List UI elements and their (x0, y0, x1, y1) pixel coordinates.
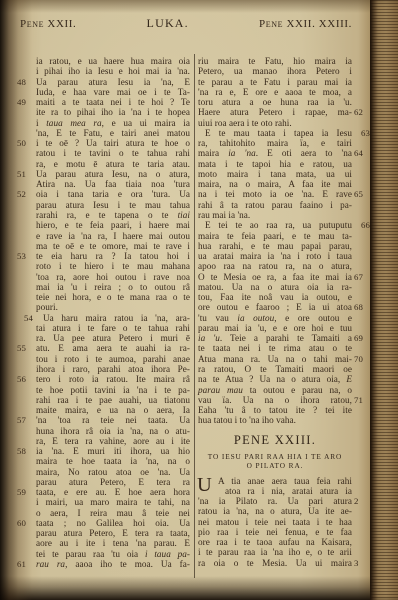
text-segment: Ua parau atura Iesu ia 'na, E (36, 77, 190, 87)
text-line: 2'na ia Pilato ra. Ua pari atura (198, 496, 352, 506)
text-segment: Eaha 'tu â to tatou ite ? tei ite (198, 405, 352, 415)
text-segment: tou i roto i te aumoa, parahi anae (36, 354, 190, 364)
text-line: 56tero i roto ia ratou. Ite maira râ (36, 374, 190, 384)
text-segment: maira te feia paari, e te mau ta- (198, 231, 352, 241)
text-line: Atira na. Ua faa tiaia noa 'tura (36, 179, 190, 189)
text-segment: ra, tahitohito maira ïa, e tairi (198, 138, 352, 148)
text-line: ra ratou, O te Tamaiti maori oe (198, 364, 352, 374)
verse-number: 56 (17, 374, 34, 385)
text-segment: te taata nei i te rima atau o te (198, 343, 352, 353)
text-segment: ratou i te tavini o te tahua rahi (36, 148, 190, 158)
text-line: ra, e motu ē atura te taria atau. (36, 159, 190, 169)
text-segment: tai atura i te fare o te tahua rahi (36, 323, 190, 333)
text-line: 48Ua parau atura Iesu ia 'na, E (36, 77, 190, 87)
text-line: 57'na 'toa ra teie nei taata. Ua (36, 415, 190, 425)
text-segment: 'na 'toa ra teie nei taata. Ua (36, 415, 190, 425)
text-line: 58ia 'na. E muri iti ihora, ua hio (36, 446, 190, 456)
text-line: parau atura Iesu i te mau tahua (36, 200, 190, 210)
column-divider (194, 54, 195, 578)
text-segment: maira te hoe taata ia 'na, na o (36, 456, 190, 466)
chapter-subtitle: TO IESU PARI RAA HIA I TE ARO (198, 452, 352, 462)
page-paper: Pene XXII. LUKA. Pene XXII. XXIII. ia ra… (0, 0, 372, 600)
text-line: parau atura Petero, E tera ra (36, 477, 190, 487)
verse-number: 55 (17, 343, 34, 354)
verse-number: 52 (17, 189, 34, 200)
text-segment: ratou ia 'na, na o atura, Ua ite ae- (198, 506, 352, 516)
verse-number: 59 (17, 487, 34, 498)
text-segment: i (36, 118, 46, 128)
text-segment: ra, e motu ē atura te taria atau. (36, 159, 190, 169)
text-line: pio raa i teie nei fenua, e te faa (198, 527, 352, 537)
text-line: huna ihora râ oia ia 'na, na o atu- (36, 426, 190, 436)
book-page-photo: Pene XXII. LUKA. Pene XXII. XXIII. ia ra… (0, 0, 398, 600)
text-segment: i pihai iho ia Iesu e hoi mai ia 'na. (36, 66, 190, 76)
text-segment: pouri. (36, 302, 58, 312)
text-segment: ia ratou, e ua haere hua maira oia (36, 56, 190, 66)
text-line: 61rau ra, aaoa iho te moa. Ua fa- (36, 559, 190, 569)
text-line: rau mai ia 'na. (198, 210, 352, 220)
text-segment: moto maira i tana mata, ua ui (198, 169, 352, 179)
text-segment: ma te oē e te omore, mai te rave i (36, 241, 190, 251)
text-segment: taata, e ere au. E hoe aera hora (36, 487, 190, 497)
text-line: ihora i raro, parahi atoa ihora Pe- (36, 364, 190, 374)
text-segment: 'na, E te Fatu, e tairi anei matou (36, 128, 190, 138)
verse-number: 57 (17, 415, 34, 426)
verse-number: 48 (17, 77, 34, 88)
text-segment: riu maira te Fatu, hio maira ia (198, 56, 352, 66)
text-segment: rau ra (36, 559, 65, 569)
text-segment: maira (198, 148, 228, 158)
text-line: apoo raa na ratou ra, na o atura, (198, 261, 352, 271)
text-line: rahi â ta ratou parau faaino i pa- (198, 200, 352, 210)
text-segment: Atua mana ra. Ua na o tahi mai- (198, 354, 352, 364)
text-line: 49maiti a te taata nei i te hoi ? Te (36, 97, 190, 107)
text-segment: e rave ia 'na ra, I haere mai outou (36, 231, 190, 241)
text-segment: 'tu vau (198, 313, 237, 323)
text-line: 52oia i tana taria e ora 'tura. Ua (36, 189, 190, 199)
verse-number: 51 (17, 169, 34, 180)
text-line: parau atura Petero, E tera ra taata, (36, 528, 190, 538)
text-segment: , e ore outou e (274, 313, 352, 323)
text-line: 'tu vau ia outou, e ore outou e (198, 313, 352, 323)
text-segment: tero i roto ia ratou. Ite maira râ (36, 374, 190, 384)
text-line: i pihai iho ia Iesu e hoi mai ia 'na. (36, 66, 190, 76)
text-line: 50i te oē ? Ua tairi atura te hoe o (36, 138, 190, 148)
text-segment: ra, E tera ra vahine, aore au i ite (36, 436, 190, 446)
text-line: te hoe potii tavini ia 'na i te pa- (36, 385, 190, 395)
running-head-right: Pene XXII. XXIII. (259, 18, 352, 30)
text-line: 'na ra e, E ore e aaoa te moa, a (198, 87, 352, 97)
text-line: Eaha 'tu â to tatou ite ? tei ite (198, 405, 352, 415)
text-segment: Atira na. Ua faa tiaia noa 'tura (36, 179, 190, 189)
text-segment: atu. E ama aera te auahi ia ra- (36, 343, 190, 353)
text-line: na te Atua ? Ua na o atura oia, E (198, 374, 352, 384)
text-segment: Ua parau atura Iesu, na o atura, (36, 169, 190, 179)
verse-number: 53 (17, 251, 34, 262)
text-line: Petero, ua manao ihora Petero i (198, 66, 352, 76)
text-segment: parau atura Petero, E tera ra (36, 477, 190, 487)
text-segment: taata ; no Galilea hoi oia. Ua (36, 518, 190, 528)
text-line: maira, na o maira, A faa ite mai (198, 179, 352, 189)
text-segment: , aaoa iho te moa. Ua fa- (65, 559, 190, 569)
text-segment: parau mai ia 'u, e e ore hoi e tuu (198, 323, 352, 333)
text-segment: i mairi, ua maro maira te tahi, na (36, 497, 190, 507)
text-line: UA tia anae aera taua feia rahi (198, 476, 352, 486)
text-segment: tiai (178, 210, 190, 220)
text-segment: roto i te hiero i te mau mahana (36, 261, 190, 271)
text-segment: te hoe potii tavini ia 'na i te pa- (36, 385, 190, 395)
text-segment: mata i te tapoi hia e ratou, ua (198, 159, 352, 169)
text-segment: na i tei moto ia oe 'na. E rave (198, 189, 352, 199)
text-line: parau mai ia 'u, e e ore hoi e tuu (198, 323, 352, 333)
text-line: aore au i ite i tena 'na parau. E (36, 538, 190, 548)
text-segment: ia 'na. E muri iti ihora, ua hio (36, 446, 190, 456)
page-header: Pene XXII. LUKA. Pene XXII. XXIII. (20, 16, 352, 31)
text-segment: ta outou e parau na, o (243, 385, 352, 395)
text-segment: teie nei hora, e o te mana raa o te (36, 292, 190, 302)
text-segment: pio raa i teie nei fenua, e te faa (198, 527, 352, 537)
text-line: riu maira te Fatu, hio maira ia (198, 56, 352, 66)
text-segment: parau atura Petero, E tera ra taata, (36, 528, 190, 538)
text-line: tou i roto i te aumoa, parahi anae (36, 354, 190, 364)
text-line: ore raa i te taoa aufau na Kaisara, (198, 537, 352, 547)
text-line: 68ore outou e faaroo ; E ia ui atoa (198, 302, 352, 312)
text-segment: ra ratou, O te Tamaiti maori oe (198, 364, 352, 374)
text-segment: maite maira, e ua na o aera, Ia (36, 405, 190, 415)
text-line: te taata nei i te rima atau o te (198, 343, 352, 353)
text-segment: atoa ra i nia, aratai atura ia (225, 486, 352, 496)
text-segment: huna ihora râ oia ia 'na, na o atu- (36, 426, 190, 436)
chapter-heading: PENE XXIII. (198, 432, 352, 448)
verse-number: 58 (17, 446, 34, 457)
text-segment: Ua haru maira ratou ia 'na, ara- (43, 313, 190, 323)
text-segment: matou. Ua na o atura oia ia ra- (198, 282, 352, 292)
text-segment: hiero, e te feia paari, i haere mai (36, 220, 190, 230)
text-segment: 'na ia Pilato ra. Ua pari atura (198, 496, 352, 506)
text-line: roto i te hiero i te mau mahana (36, 261, 190, 271)
text-line: teie nei hora, e o te mana raa o te (36, 292, 190, 302)
text-line: e rave ia 'na ra, I haere mai outou (36, 231, 190, 241)
text-line: 59taata, e ere au. E hoe aera hora (36, 487, 190, 497)
text-segment: apoo raa na ratou ra, na o atura, (198, 261, 352, 271)
text-line: 51Ua parau atura Iesu, na o atura, (36, 169, 190, 179)
text-line: hua tatou i to 'na iho vaha. (198, 415, 352, 425)
text-line: maira, No ratou atoa oe 'na. Ua (36, 467, 190, 477)
text-line: tou, Faa ite noâ vau ia outou, e (198, 292, 352, 302)
text-segment: O te Mesia oe ra, a faa ite mai ia (198, 272, 352, 282)
text-line: nei matou i teie nei taata i te haa (198, 517, 352, 527)
text-segment: E te mau taata i tapea ia Iesu (205, 128, 352, 138)
text-segment: ua aratai maira ia 'na i roto i taua (198, 251, 352, 261)
text-line: mai ia 'u i reira ; o to outou râ (36, 282, 190, 292)
text-segment: mai ia 'u i reira ; o to outou râ (36, 282, 190, 292)
text-line: ite ra to pihai iho ia 'na i te hopea (36, 107, 190, 117)
text-segment: ia outou (237, 313, 274, 323)
text-segment: o aera, I reira mau â teie nei (36, 508, 190, 518)
verse-number: 50 (17, 138, 34, 149)
text-line: hiero, e te feia paari, i haere mai (36, 220, 190, 230)
text-line: o aera, I reira mau â teie nei (36, 508, 190, 518)
running-head-left: Pene XXII. (20, 18, 76, 30)
text-line: tai atura i te fare o te tahua rahi (36, 323, 190, 333)
text-segment: A tia anae aera taua feia rahi (218, 476, 352, 486)
text-line: 65na i tei moto ia oe 'na. E rave (198, 189, 352, 199)
text-segment: maiti a te taata nei i te hoi ? Te (36, 97, 190, 107)
text-line: 70Atua mana ra. Ua na o tahi mai- (198, 354, 352, 364)
text-line: te parau a te Fatu i parau mai ia (198, 77, 352, 87)
text-line: ratou ia 'na, na o atura, Ua ite ae- (198, 506, 352, 516)
text-line: parau mau ta outou e parau na, o (198, 385, 352, 395)
book-title: LUKA. (147, 16, 189, 31)
verse-number: 49 (17, 97, 34, 108)
text-segment: , e ua ui maira ia (102, 118, 190, 128)
text-segment: ite ra to pihai iho ia 'na i te hopea (36, 107, 190, 117)
text-segment: tei te parau raa 'tu oia (36, 549, 145, 559)
text-line: tei te parau raa 'tu oia i taua pa- (36, 549, 190, 559)
text-segment: i taua pa- (145, 549, 190, 559)
verse-number: 60 (17, 518, 34, 529)
text-segment: ra. Ua pee atura Petero i muri ē (36, 333, 190, 343)
text-segment: . Teie a parahi te Tamaiti a (220, 333, 352, 343)
text-segment: taua mea ra (46, 118, 101, 128)
text-line: ra. Ua pee atura Petero i muri ē (36, 333, 190, 343)
text-segment: aore au i ite i tena 'na parau. E (36, 538, 190, 548)
text-line: pouri. (36, 302, 190, 312)
text-segment: parau mau (198, 385, 243, 395)
text-line: 3ra oia o te Mesia. Ua ui maira (198, 558, 352, 568)
text-line: 71vau ïa. Ua na o ihora ratou, (198, 395, 352, 405)
text-line: maira te feia paari, e te mau ta- (198, 231, 352, 241)
text-segment: ia 'u (198, 333, 220, 343)
text-segment: parau atura Iesu i te mau tahua (36, 200, 190, 210)
text-segment: te parau a te Fatu i parau mai ia (198, 77, 352, 87)
text-segment: rarahi ra, e te tapena o te (36, 210, 178, 220)
chapter-subtitle: O PILATO RA. (198, 461, 352, 471)
text-line: rahi raa i te pae auahi, ua tiatonu (36, 395, 190, 405)
text-line: i taua mea ra, e ua ui maira ia (36, 118, 190, 128)
text-segment: na te Atua ? Ua na o atura oia, (198, 374, 346, 384)
text-line: toru atura a oe huna raa ia 'u. (198, 97, 352, 107)
text-line: 54Ua haru maira ratou ia 'na, ara- (36, 313, 190, 323)
text-line: i mairi, ua maro maira te tahi, na (36, 497, 190, 507)
text-segment: . E oti aera to 'na (256, 148, 352, 158)
text-segment: vau ïa. Ua na o ihora ratou, (198, 395, 352, 405)
verse-number: 61 (17, 559, 34, 570)
text-line: uiui roa aera i te oto rahi. (198, 118, 352, 128)
text-segment: uiui roa aera i te oto rahi. (198, 118, 292, 128)
text-line: 69ia 'u. Teie a parahi te Tamaiti a (198, 333, 352, 343)
text-segment: toru atura a oe huna raa ia 'u. (198, 97, 352, 107)
text-segment: hua tatou i to 'na iho vaha. (198, 415, 296, 425)
text-segment: maira, na o maira, A faa ite mai (198, 179, 352, 189)
text-line: ra, tahitohito maira ïa, e tairi (198, 138, 352, 148)
text-segment: oia i tana taria e ora 'tura. Ua (36, 189, 190, 199)
text-line: atoa ra i nia, aratai atura ia (198, 486, 352, 496)
text-segment: maira, No ratou atoa oe 'na. Ua (36, 467, 190, 477)
text-segment: nei matou i teie nei taata i te haa (198, 517, 352, 527)
text-line: 63E te mau taata i tapea ia Iesu (198, 128, 352, 138)
right-column: riu maira te Fatu, hio maira iaPetero, u… (198, 56, 352, 568)
text-line: ra, E tera ra vahine, aore au i ite (36, 436, 190, 446)
text-line: 'na, E te Fatu, e tairi anei matou (36, 128, 190, 138)
text-line: 66E tei te ao raa ra, ua putuputu (198, 220, 352, 230)
text-line: 67O te Mesia oe ra, a faa ite mai ia (198, 272, 352, 282)
text-line: mata i te tapoi hia e ratou, ua (198, 159, 352, 169)
text-line: maira te hoe taata ia 'na, na o (36, 456, 190, 466)
verse-number: 54 (17, 313, 34, 324)
text-segment: Petero, ua manao ihora Petero i (198, 66, 352, 76)
text-line: ma te oē e te omore, mai te rave i (36, 241, 190, 251)
text-line: 62Haere atura Petero i rapae, ma- (198, 107, 352, 117)
text-segment: ore outou e faaroo ; E ia ui atoa (198, 302, 352, 312)
text-line: 'toa ra, aore hoi outou i rave noa (36, 272, 190, 282)
text-segment: ihora i raro, parahi atoa ihora Pe- (36, 364, 190, 374)
text-line: maite maira, e ua na o aera, Ia (36, 405, 190, 415)
text-segment: rahi â ta ratou parau faaino i pa- (198, 200, 352, 210)
text-segment: 'toa ra, aore hoi outou i rave noa (36, 272, 190, 282)
text-segment: te eia haru ra ? Ia tatou hoi i (36, 251, 190, 261)
text-segment: ore raa i te taoa aufau na Kaisara, (198, 537, 352, 547)
text-segment: rahi raa i te pae auahi, ua tiatonu (36, 395, 190, 405)
text-line: 64maira ia 'na. E oti aera to 'na (198, 148, 352, 158)
text-segment: Iuda, e haa vare mai oe i te Ta- (36, 87, 190, 97)
text-line: hua rarahi, e te mau papai parau, (198, 241, 352, 251)
text-line: i te parau raa ia 'na iho e, o te arii (198, 547, 352, 557)
text-line: rarahi ra, e te tapena o te tiai (36, 210, 190, 220)
book-fore-edge (370, 0, 398, 600)
text-segment: ia 'na (228, 148, 256, 158)
text-line: ia ratou, e ua haere hua maira oia (36, 56, 190, 66)
text-segment: i te oē ? Ua tairi atura te hoe o (36, 138, 190, 148)
text-segment: hua rarahi, e te mau papai parau, (198, 241, 352, 251)
left-column: ia ratou, e ua haere hua maira oiai piha… (36, 56, 190, 569)
text-line: 55atu. E ama aera te auahi ia ra- (36, 343, 190, 353)
text-segment: E tei te ao raa ra, ua putuputu (205, 220, 352, 230)
text-segment: tou, Faa ite noâ vau ia outou, e (198, 292, 352, 302)
text-segment: i te parau raa ia 'na iho e, o te arii (198, 547, 352, 557)
text-segment: ra oia o te Mesia. Ua ui maira (198, 558, 352, 568)
text-segment: E (346, 374, 352, 384)
text-line: 60taata ; no Galilea hoi oia. Ua (36, 518, 190, 528)
text-segment: 'na ra e, E ore e aaoa te moa, a (198, 87, 352, 97)
text-line: ua aratai maira ia 'na i roto i taua (198, 251, 352, 261)
text-line: matou. Ua na o atura oia ia ra- (198, 282, 352, 292)
text-segment: Haere atura Petero i rapae, ma- (198, 107, 352, 117)
text-line: Iuda, e haa vare mai oe i te Ta- (36, 87, 190, 97)
text-line: ratou i te tavini o te tahua rahi (36, 148, 190, 158)
text-line: 53te eia haru ra ? Ia tatou hoi i (36, 251, 190, 261)
text-segment: rau mai ia 'na. (198, 210, 250, 220)
text-line: moto maira i tana mata, ua ui (198, 169, 352, 179)
